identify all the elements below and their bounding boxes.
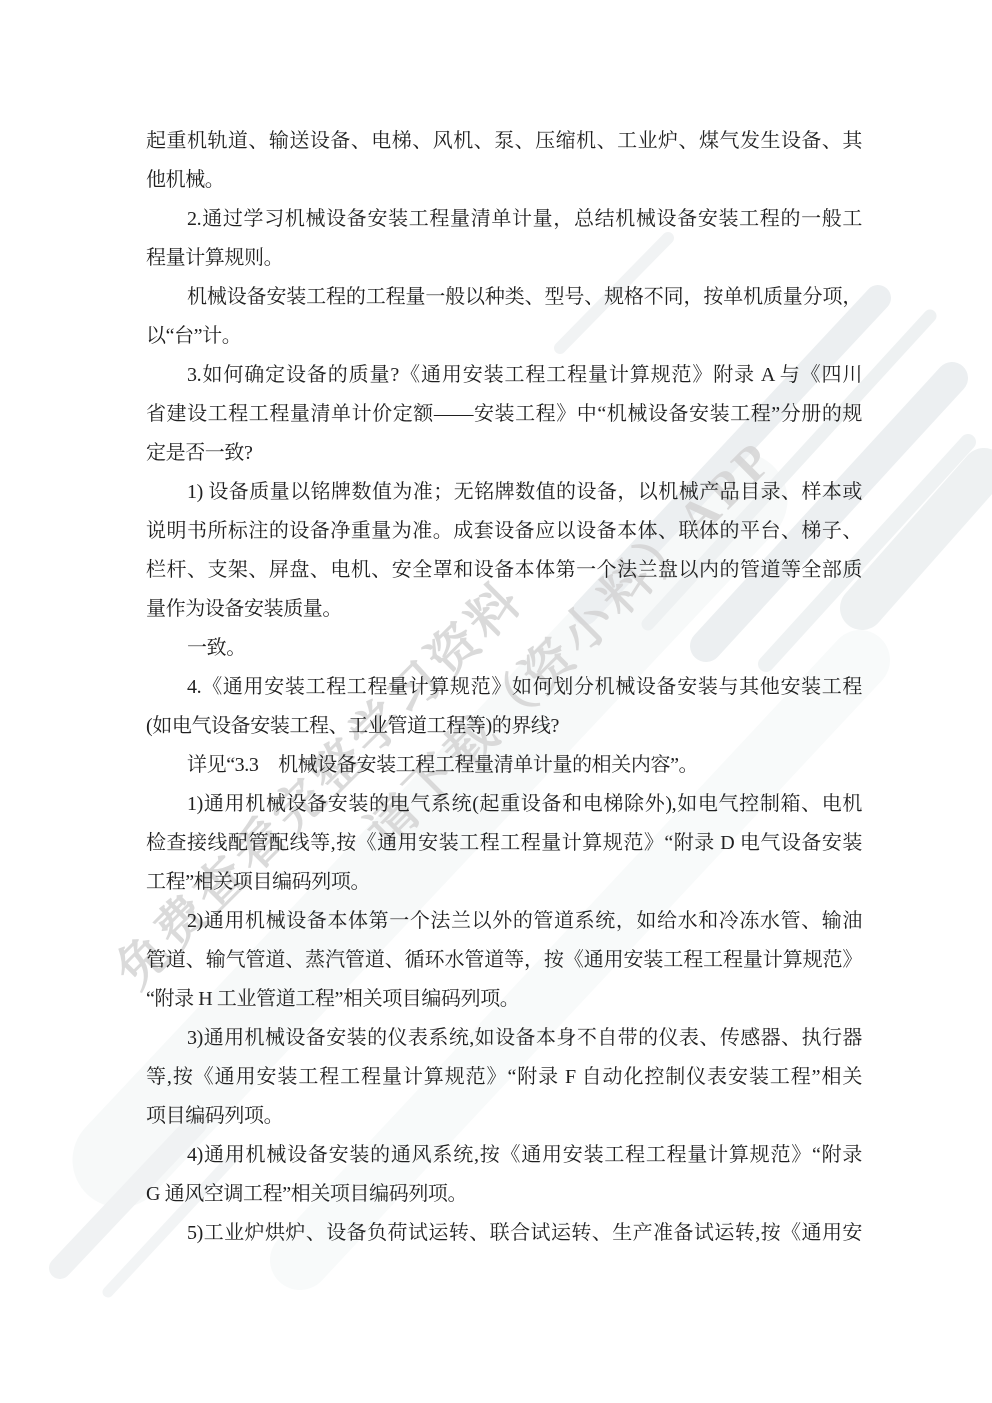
document-line: 详见“3.3 机械设备安装工程工程量清单计量的相关内容”。 — [146, 746, 862, 785]
document-line: 等,按《通用安装工程工程量计算规范》“附录 F 自动化控制仪表安装工程”相关 — [146, 1058, 862, 1097]
document-text-block: 起重机轨道、输送设备、电梯、风机、泵、压缩机、工业炉、煤气发生设备、其他机械。2… — [146, 122, 862, 1253]
document-line: 以“台”计。 — [146, 317, 862, 356]
document-page: 免费查看完整学习资料 请下载（资小料）APP 起重机轨道、输送设备、电梯、风机、… — [0, 0, 992, 1403]
document-line: 4.《通用安装工程工程量计算规范》如何划分机械设备安装与其他安装工程 — [146, 668, 862, 707]
document-line: “附录 H 工业管道工程”相关项目编码列项。 — [146, 980, 862, 1019]
document-line: 起重机轨道、输送设备、电梯、风机、泵、压缩机、工业炉、煤气发生设备、其 — [146, 122, 862, 161]
document-line: 3.如何确定设备的质量?《通用安装工程工程量计算规范》附录 A 与《四川 — [146, 356, 862, 395]
document-line: 栏杆、支架、屏盘、电机、安全罩和设备本体第一个法兰盘以内的管道等全部质 — [146, 551, 862, 590]
document-line: 2)通用机械设备本体第一个法兰以外的管道系统，如给水和冷冻水管、输油 — [146, 902, 862, 941]
document-line: 说明书所标注的设备净重量为准。成套设备应以设备本体、联体的平台、梯子、 — [146, 512, 862, 551]
document-line: 程量计算规则。 — [146, 239, 862, 278]
document-line: 定是否一致? — [146, 434, 862, 473]
document-line: 管道、输气管道、蒸汽管道、循环水管道等，按《通用安装工程工程量计算规范》 — [146, 941, 862, 980]
document-line: 检查接线配管配线等,按《通用安装工程工程量计算规范》“附录 D 电气设备安装 — [146, 824, 862, 863]
document-line: 1) 设备质量以铭牌数值为准；无铭牌数值的设备，以机械产品目录、样本或 — [146, 473, 862, 512]
document-line: 项目编码列项。 — [146, 1097, 862, 1136]
document-line: 4)通用机械设备安装的通风系统,按《通用安装工程工程量计算规范》“附录 — [146, 1136, 862, 1175]
document-line: 量作为设备安装质量。 — [146, 590, 862, 629]
document-line: 工程”相关项目编码列项。 — [146, 863, 862, 902]
document-line: 机械设备安装工程的工程量一般以种类、型号、规格不同，按单机质量分项， — [146, 278, 862, 317]
document-line: 一致。 — [146, 629, 862, 668]
document-line: G 通风空调工程”相关项目编码列项。 — [146, 1175, 862, 1214]
document-line: 3)通用机械设备安装的仪表系统,如设备本身不自带的仪表、传感器、执行器 — [146, 1019, 862, 1058]
document-line: 1)通用机械设备安装的电气系统(起重设备和电梯除外),如电气控制箱、电机 — [146, 785, 862, 824]
document-line: 5)工业炉烘炉、设备负荷试运转、联合试运转、生产准备试运转,按《通用安 — [146, 1214, 862, 1253]
document-line: 省建设工程工程量清单计价定额——安装工程》中“机械设备安装工程”分册的规 — [146, 395, 862, 434]
document-line: 他机械。 — [146, 161, 862, 200]
document-line: (如电气设备安装工程、工业管道工程等)的界线? — [146, 707, 862, 746]
document-line: 2.通过学习机械设备安装工程量清单计量，总结机械设备安装工程的一般工 — [146, 200, 862, 239]
